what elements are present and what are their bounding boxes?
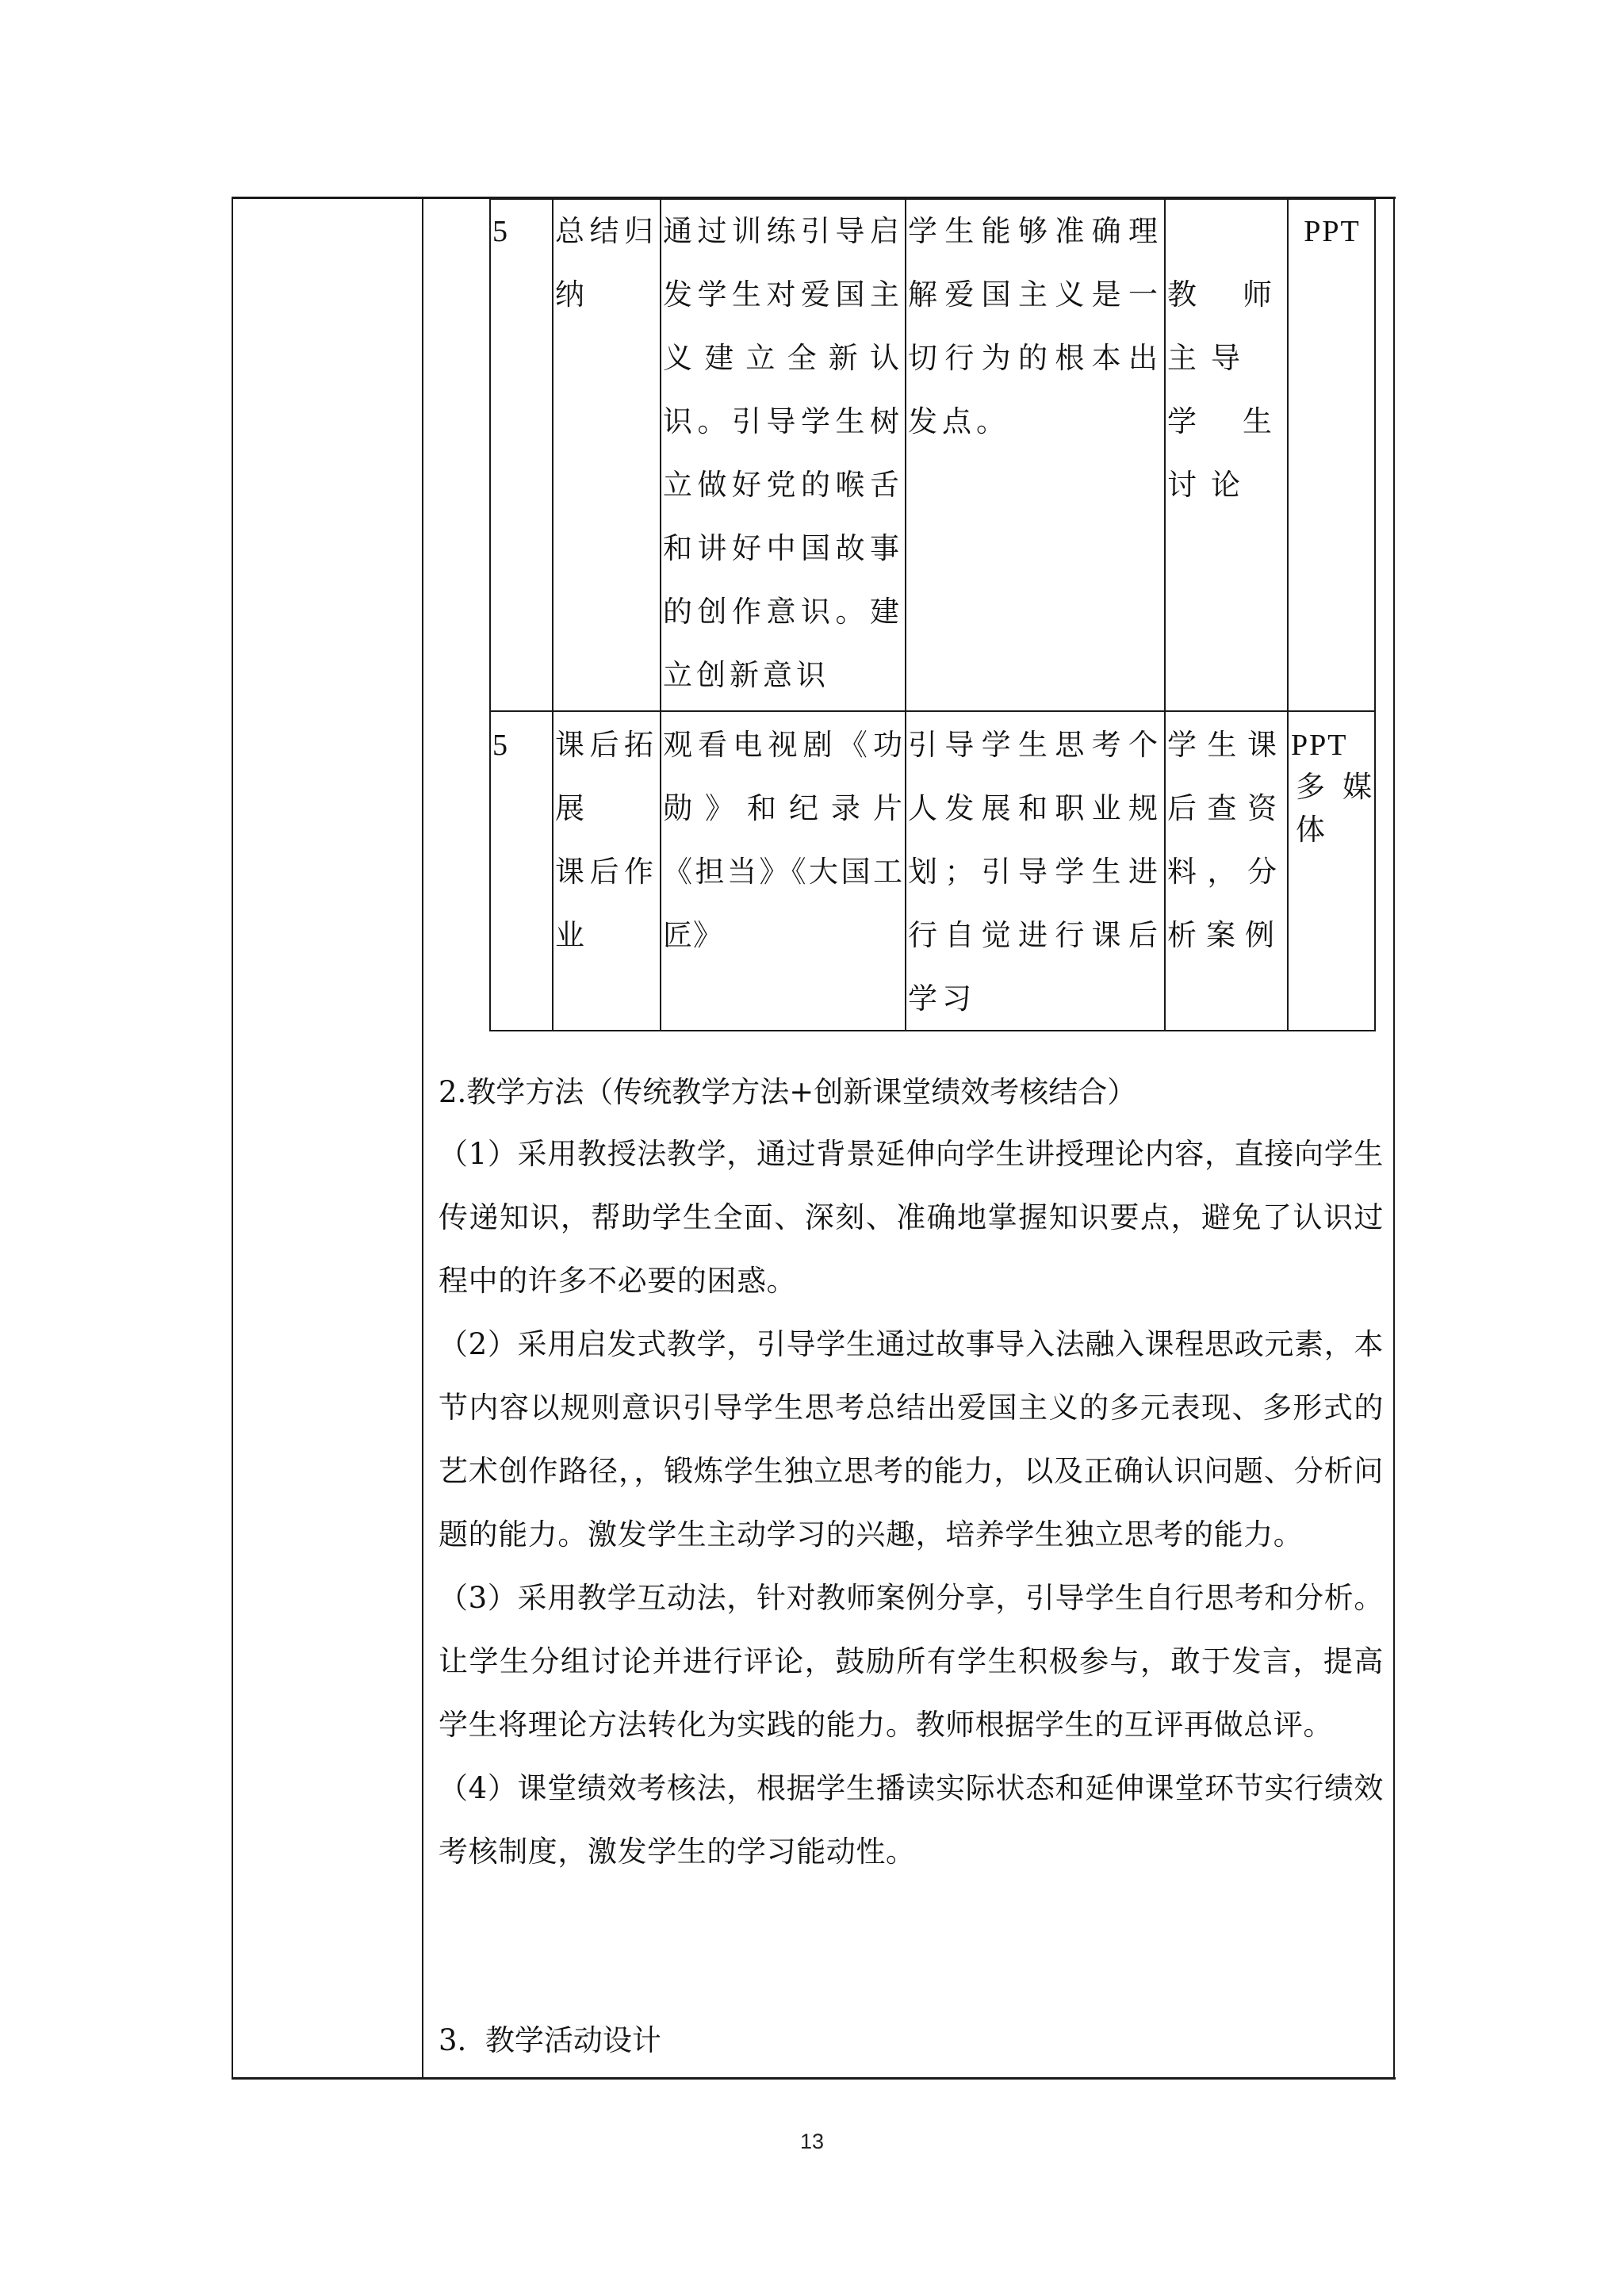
inner-table-row-divider — [489, 710, 1376, 712]
cell-stage-line1: 课后拓展 — [555, 714, 658, 840]
cell-stage: 课后拓展 课后作业 — [555, 714, 658, 967]
paragraph-method-2: （2）采用启发式教学，引导学生通过故事导入法融入课程思政元素，本节内容以规则意识… — [439, 1313, 1384, 1567]
cell-goal: 学生能够准确理解爱国主义是一切行为的根本出发点。 — [908, 200, 1162, 453]
inner-col-line-4 — [1164, 197, 1166, 1031]
paragraph-method-1: （1）采用教授法教学，通过背景延伸向学生讲授理论内容，直接向学生传递知识，帮助学… — [439, 1123, 1384, 1313]
paragraph-method-3: （3）采用教学互动法，针对教师案例分享，引导学生自行思考和分析。让学生分组讨论并… — [439, 1567, 1384, 1757]
cell-method: 学生课后查资料，分析案例 — [1167, 714, 1286, 967]
inner-col-line-5 — [1287, 197, 1289, 1031]
outer-table-left-border — [232, 197, 233, 2078]
cell-content: 观看电视剧《功勋》和纪录片《担当》《大国工匠》 — [663, 714, 903, 967]
inner-col-line-1 — [552, 197, 553, 1031]
inner-col-line-0 — [489, 197, 491, 1031]
outer-table-bottom-border — [232, 2077, 1396, 2080]
cell-media: PPT 多媒体 — [1291, 714, 1373, 851]
inner-col-line-6 — [1374, 197, 1376, 1031]
outer-table-right-border — [1393, 197, 1395, 2078]
section-heading-teaching-methods: 2.教学方法（传统教学方法+创新课堂绩效考核结合） — [439, 1062, 1384, 1123]
cell-method-line1: 教师主导 — [1167, 263, 1286, 390]
outer-table-divider — [422, 197, 423, 2078]
cell-method-line2: 学生讨论 — [1167, 390, 1286, 517]
teaching-methods-section: 2.教学方法（传统教学方法+创新课堂绩效考核结合） （1）采用教授法教学，通过背… — [439, 1062, 1384, 1884]
cell-method: 教师主导 学生讨论 — [1167, 263, 1286, 517]
cell-media: PPT — [1291, 200, 1373, 263]
page-number: 13 — [0, 2130, 1624, 2154]
cell-stage: 总结归纳 — [555, 200, 658, 327]
cell-content: 通过训练引导启发学生对爱国主义建立全新认识。引导学生树立做好党的喉舌和讲好中国故… — [663, 200, 903, 707]
cell-goal: 引导学生思考个人发展和职业规划；引导学生进行自觉进行课后学习 — [908, 714, 1162, 1031]
section-heading-activity-design: 3. 教学活动设计 — [439, 2017, 661, 2064]
cell-time: 5 — [492, 200, 548, 263]
inner-col-line-2 — [660, 197, 661, 1031]
cell-stage-line2: 课后作业 — [555, 840, 658, 967]
cell-media-line2: 多媒体 — [1291, 766, 1373, 851]
paragraph-method-4: （4）课堂绩效考核法，根据学生播读实际状态和延伸课堂环节实行绩效考核制度，激发学… — [439, 1757, 1384, 1884]
cell-time: 5 — [492, 714, 548, 777]
inner-col-line-3 — [905, 197, 906, 1031]
